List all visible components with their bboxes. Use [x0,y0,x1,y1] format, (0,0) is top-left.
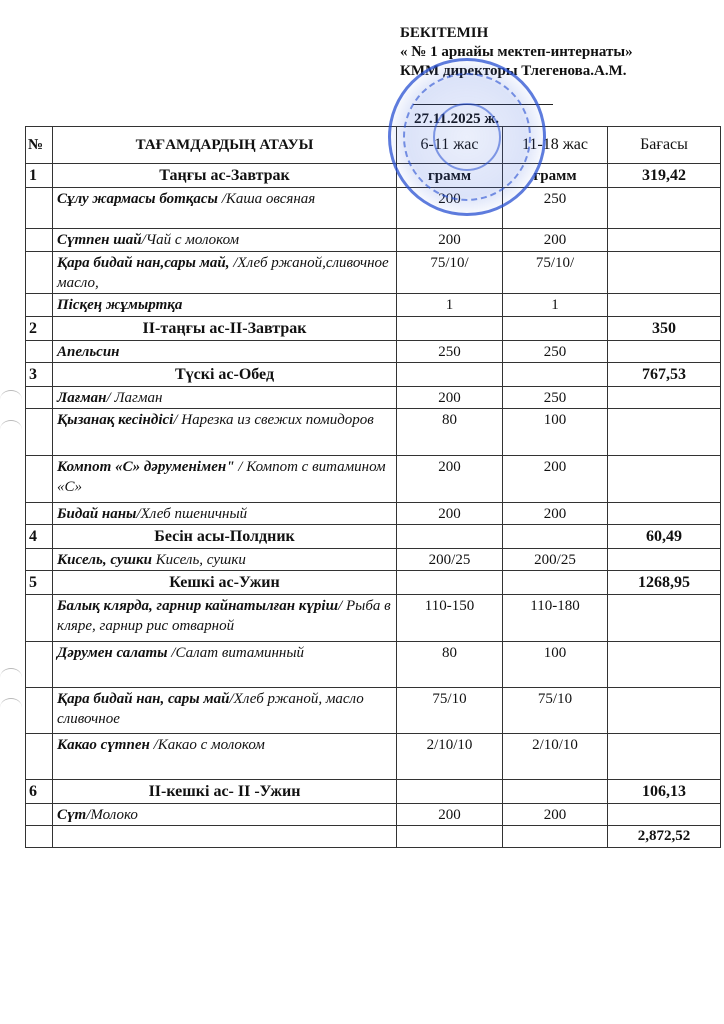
dish-name-kazakh: Пісқең жұмыртқа [57,297,182,313]
portion-6-11: 200 [397,456,503,503]
portion-6-11: 110-150 [397,595,503,642]
dish-name-kazakh: Какао сүтпен [57,737,154,753]
unit-6-11 [397,571,503,595]
dish-name: Кисель, сушки Кисель, сушки [53,549,397,571]
dish-name-russian: /Каша овсяная [222,191,316,207]
portion-6-11: 75/10 [397,688,503,734]
dish-name-kazakh: Кисель, сушки [57,552,156,568]
portion-11-18: 250 [503,387,608,409]
portion-11-18: 200/25 [503,549,608,571]
menu-table: № ТАҒАМДАРДЫҢ АТАУЫ 6-11 жас 11-18 жас Б… [25,126,721,848]
dish-name: Қара бидай нан, сары май/Хлеб ржаной, ма… [53,688,397,734]
portion-11-18: 110-180 [503,595,608,642]
dish-row: Бидай наны/Хлеб пшеничный200200 [26,503,721,525]
dish-name-russian: /Салат витаминный [171,645,304,661]
dish-name-kazakh: Қызанақ кесіндісі [57,412,173,428]
portion-11-18: 250 [503,341,608,363]
meal-price: 60,49 [608,525,721,549]
dish-name: Дәрумен салаты /Салат витаминный [53,642,397,688]
binder-hole-mark [0,420,22,439]
unit-11-18 [503,525,608,549]
meal-number: 2 [26,317,53,341]
approval-director: КММ директоры Тлегенова.А.М. [400,62,633,81]
dish-row: Лағман/ Лагман200250 [26,387,721,409]
dish-name: Қара бидай нан,сары май, /Хлеб ржаной,сл… [53,252,397,294]
dish-row: Компот «С» дәруменімен" / Компот с витам… [26,456,721,503]
dish-row: Қызанақ кесіндісі/ Нарезка из свежих пом… [26,409,721,456]
dish-row: Пісқең жұмыртқа11 [26,294,721,317]
meal-title: Түскі ас-Обед [53,363,397,387]
dish-name-kazakh: Сұлу жармасы ботқасы [57,191,222,207]
dish-name: Сүтпен шай/Чай с молоком [53,229,397,252]
meal-price: 767,53 [608,363,721,387]
portion-11-18: 100 [503,409,608,456]
dish-name: Сүт/Молоко [53,804,397,826]
dish-name: Компот «С» дәруменімен" / Компот с витам… [53,456,397,503]
dish-name-kazakh: Бидай наны [57,506,136,522]
total-price: 2,872,52 [608,826,721,848]
dish-row: Қара бидай нан, сары май/Хлеб ржаной, ма… [26,688,721,734]
dish-row: Сұлу жармасы ботқасы /Каша овсяная200250 [26,188,721,229]
header-age-11-18: 11-18 жас [503,127,608,164]
dish-name-kazakh: Қара бидай нан,сары май, [57,255,233,271]
meal-price: 350 [608,317,721,341]
menu-table-body: 1Таңғы ас-Завтракграммграмм319,42Сұлу жа… [26,164,721,826]
portion-6-11: 250 [397,341,503,363]
dish-name: Какао сүтпен /Какао с молоком [53,734,397,780]
table-header-row: № ТАҒАМДАРДЫҢ АТАУЫ 6-11 жас 11-18 жас Б… [26,127,721,164]
dish-name-russian: /Какао с молоком [154,737,265,753]
unit-6-11 [397,363,503,387]
approval-block: БЕКІТЕМІН « № 1 арнайы мектеп-интернаты»… [400,24,633,81]
meal-section-row: 4Бесін асы-Полдник60,49 [26,525,721,549]
unit-11-18 [503,317,608,341]
dish-name: Пісқең жұмыртқа [53,294,397,317]
portion-11-18: 200 [503,804,608,826]
dish-name: Лағман/ Лагман [53,387,397,409]
portion-6-11: 200 [397,229,503,252]
dish-row: Балық клярда, гарнир кайнатылған күріш/ … [26,595,721,642]
binder-hole-mark [0,668,22,687]
portion-6-11: 2/10/10 [397,734,503,780]
portion-11-18: 1 [503,294,608,317]
meal-title: II-кешкі ас- II -Ужин [53,780,397,804]
dish-row: Сүт/Молоко200200 [26,804,721,826]
portion-11-18: 200 [503,456,608,503]
approval-title: БЕКІТЕМІН [400,24,633,43]
meal-title: Кешкі ас-Ужин [53,571,397,595]
header-dish-name: ТАҒАМДАРДЫҢ АТАУЫ [53,127,397,164]
approval-organization: « № 1 арнайы мектеп-интернаты» [400,43,633,62]
dish-name-russian: /Чай с молоком [142,232,240,248]
meal-title: Таңғы ас-Завтрак [53,164,397,188]
dish-row: Қара бидай нан,сары май, /Хлеб ржаной,сл… [26,252,721,294]
meal-section-row: 2II-таңғы ас-II-Завтрак350 [26,317,721,341]
header-age-6-11: 6-11 жас [397,127,503,164]
meal-number: 5 [26,571,53,595]
meal-section-row: 6II-кешкі ас- II -Ужин106,13 [26,780,721,804]
meal-number: 3 [26,363,53,387]
approval-date: 27.11.2025 ж. [414,110,499,129]
dish-name-kazakh: Лағман [57,390,106,406]
meal-section-row: 1Таңғы ас-Завтракграммграмм319,42 [26,164,721,188]
unit-6-11: грамм [397,164,503,188]
dish-row: Кисель, сушки Кисель, сушки200/25200/25 [26,549,721,571]
meal-price: 319,42 [608,164,721,188]
dish-name-kazakh: Сүтпен шай [57,232,142,248]
unit-6-11 [397,780,503,804]
header-number: № [26,127,53,164]
portion-6-11: 200/25 [397,549,503,571]
total-row: 2,872,52 [26,826,721,848]
dish-name: Бидай наны/Хлеб пшеничный [53,503,397,525]
meal-section-row: 5Кешкі ас-Ужин1268,95 [26,571,721,595]
dish-name-kazakh: Қара бидай нан, сары май [57,691,230,707]
dish-name-kazakh: Сүт [57,807,86,823]
portion-11-18: 200 [503,503,608,525]
meal-title: Бесін асы-Полдник [53,525,397,549]
portion-11-18: 2/10/10 [503,734,608,780]
dish-name-kazakh: Апельсин [57,344,120,360]
portion-6-11: 200 [397,804,503,826]
portion-6-11: 200 [397,387,503,409]
portion-11-18: 100 [503,642,608,688]
dish-row: Апельсин250250 [26,341,721,363]
header-price: Бағасы [608,127,721,164]
unit-6-11 [397,317,503,341]
meal-section-row: 3Түскі ас-Обед767,53 [26,363,721,387]
dish-row: Какао сүтпен /Какао с молоком2/10/102/10… [26,734,721,780]
dish-name-russian: / Лагман [106,390,162,406]
meal-title: II-таңғы ас-II-Завтрак [53,317,397,341]
portion-11-18: 75/10/ [503,252,608,294]
dish-name: Сұлу жармасы ботқасы /Каша овсяная [53,188,397,229]
portion-11-18: 75/10 [503,688,608,734]
meal-price: 106,13 [608,780,721,804]
dish-name-russian: /Хлеб пшеничный [136,506,247,522]
unit-11-18 [503,571,608,595]
unit-11-18: грамм [503,164,608,188]
meal-price: 1268,95 [608,571,721,595]
meal-number: 4 [26,525,53,549]
dish-name: Апельсин [53,341,397,363]
binder-hole-mark [0,390,22,409]
dish-name-kazakh: Компот «С» дәруменімен" [57,459,238,475]
portion-6-11: 75/10/ [397,252,503,294]
dish-row: Дәрумен салаты /Салат витаминный80100 [26,642,721,688]
portion-6-11: 200 [397,503,503,525]
portion-6-11: 200 [397,188,503,229]
dish-name: Балық клярда, гарнир кайнатылған күріш/ … [53,595,397,642]
dish-name-russian: Кисель, сушки [156,552,246,568]
portion-6-11: 80 [397,642,503,688]
portion-6-11: 1 [397,294,503,317]
dish-name-kazakh: Дәрумен салаты [57,645,171,661]
portion-11-18: 200 [503,229,608,252]
unit-11-18 [503,780,608,804]
dish-name: Қызанақ кесіндісі/ Нарезка из свежих пом… [53,409,397,456]
meal-number: 6 [26,780,53,804]
portion-6-11: 80 [397,409,503,456]
signature-line [413,104,553,105]
dish-name-russian: /Молоко [86,807,138,823]
dish-name-kazakh: Балық клярда, гарнир кайнатылған күріш [57,598,338,614]
unit-11-18 [503,363,608,387]
binder-hole-mark [0,698,22,717]
dish-name-russian: / Нарезка из свежих помидоров [173,412,373,428]
meal-number: 1 [26,164,53,188]
unit-6-11 [397,525,503,549]
dish-row: Сүтпен шай/Чай с молоком200200 [26,229,721,252]
portion-11-18: 250 [503,188,608,229]
